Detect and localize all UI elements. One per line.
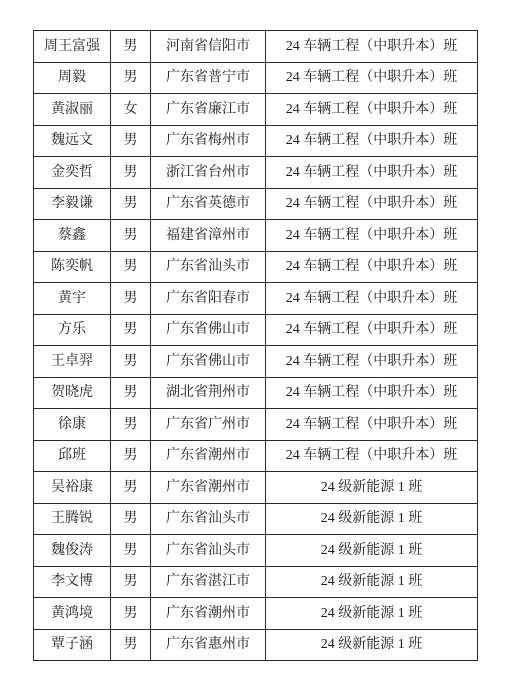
- table-row: 徐康 男 广东省广州市 24 车辆工程（中职升本）班: [34, 409, 478, 441]
- table-row: 方乐 男 广东省佛山市 24 车辆工程（中职升本）班: [34, 314, 478, 346]
- class-name-cell: 24 车辆工程（中职升本）班: [266, 220, 478, 252]
- hometown-cell: 广东省潮州市: [151, 472, 266, 504]
- hometown-cell: 广东省汕头市: [151, 251, 266, 283]
- class-name-cell: 24 车辆工程（中职升本）班: [266, 31, 478, 63]
- student-name-cell: 金奕哲: [34, 157, 111, 189]
- table-row: 吴裕康 男 广东省潮州市 24 级新能源 1 班: [34, 472, 478, 504]
- hometown-cell: 广东省广州市: [151, 409, 266, 441]
- table-row: 魏俊涛 男 广东省汕头市 24 级新能源 1 班: [34, 535, 478, 567]
- gender-cell: 男: [111, 125, 151, 157]
- table-row: 黄宇 男 广东省阳春市 24 车辆工程（中职升本）班: [34, 283, 478, 315]
- gender-cell: 男: [111, 535, 151, 567]
- table-row: 王腾锐 男 广东省汕头市 24 级新能源 1 班: [34, 503, 478, 535]
- gender-cell: 男: [111, 440, 151, 472]
- gender-cell: 男: [111, 629, 151, 661]
- student-name-cell: 黄淑丽: [34, 94, 111, 126]
- hometown-cell: 广东省潮州市: [151, 440, 266, 472]
- gender-cell: 男: [111, 598, 151, 630]
- gender-cell: 女: [111, 94, 151, 126]
- table-row: 金奕哲 男 浙江省台州市 24 车辆工程（中职升本）班: [34, 157, 478, 189]
- gender-cell: 男: [111, 472, 151, 504]
- table-row: 周王富强 男 河南省信阳市 24 车辆工程（中职升本）班: [34, 31, 478, 63]
- class-name-cell: 24 车辆工程（中职升本）班: [266, 283, 478, 315]
- student-name-cell: 周毅: [34, 62, 111, 94]
- hometown-cell: 浙江省台州市: [151, 157, 266, 189]
- student-name-cell: 陈奕帆: [34, 251, 111, 283]
- table-row: 李文博 男 广东省湛江市 24 级新能源 1 班: [34, 566, 478, 598]
- gender-cell: 男: [111, 251, 151, 283]
- table-row: 周毅 男 广东省普宁市 24 车辆工程（中职升本）班: [34, 62, 478, 94]
- gender-cell: 男: [111, 377, 151, 409]
- table-row: 魏远文 男 广东省梅州市 24 车辆工程（中职升本）班: [34, 125, 478, 157]
- student-name-cell: 黄鸿境: [34, 598, 111, 630]
- class-name-cell: 24 级新能源 1 班: [266, 503, 478, 535]
- class-name-cell: 24 车辆工程（中职升本）班: [266, 314, 478, 346]
- student-name-cell: 蔡鑫: [34, 220, 111, 252]
- student-name-cell: 周王富强: [34, 31, 111, 63]
- hometown-cell: 福建省漳州市: [151, 220, 266, 252]
- hometown-cell: 广东省潮州市: [151, 598, 266, 630]
- student-name-cell: 贺晓虎: [34, 377, 111, 409]
- student-name-cell: 方乐: [34, 314, 111, 346]
- class-name-cell: 24 车辆工程（中职升本）班: [266, 125, 478, 157]
- student-name-cell: 李毅谦: [34, 188, 111, 220]
- hometown-cell: 广东省湛江市: [151, 566, 266, 598]
- class-name-cell: 24 级新能源 1 班: [266, 535, 478, 567]
- table-row: 蔡鑫 男 福建省漳州市 24 车辆工程（中职升本）班: [34, 220, 478, 252]
- class-name-cell: 24 级新能源 1 班: [266, 598, 478, 630]
- document-page: 周王富强 男 河南省信阳市 24 车辆工程（中职升本）班 周毅 男 广东省普宁市…: [0, 0, 506, 700]
- hometown-cell: 广东省惠州市: [151, 629, 266, 661]
- gender-cell: 男: [111, 346, 151, 378]
- student-name-cell: 黄宇: [34, 283, 111, 315]
- hometown-cell: 广东省梅州市: [151, 125, 266, 157]
- class-name-cell: 24 车辆工程（中职升本）班: [266, 251, 478, 283]
- gender-cell: 男: [111, 220, 151, 252]
- student-name-cell: 王腾锐: [34, 503, 111, 535]
- student-name-cell: 吴裕康: [34, 472, 111, 504]
- class-name-cell: 24 车辆工程（中职升本）班: [266, 188, 478, 220]
- roster-table-body: 周王富强 男 河南省信阳市 24 车辆工程（中职升本）班 周毅 男 广东省普宁市…: [34, 31, 478, 661]
- student-name-cell: 李文博: [34, 566, 111, 598]
- student-name-cell: 王卓羿: [34, 346, 111, 378]
- hometown-cell: 广东省廉江市: [151, 94, 266, 126]
- student-name-cell: 徐康: [34, 409, 111, 441]
- student-roster-table: 周王富强 男 河南省信阳市 24 车辆工程（中职升本）班 周毅 男 广东省普宁市…: [33, 30, 478, 661]
- table-row: 覃子涵 男 广东省惠州市 24 级新能源 1 班: [34, 629, 478, 661]
- student-name-cell: 魏远文: [34, 125, 111, 157]
- class-name-cell: 24 车辆工程（中职升本）班: [266, 409, 478, 441]
- gender-cell: 男: [111, 566, 151, 598]
- student-name-cell: 覃子涵: [34, 629, 111, 661]
- table-row: 黄鸿境 男 广东省潮州市 24 级新能源 1 班: [34, 598, 478, 630]
- class-name-cell: 24 车辆工程（中职升本）班: [266, 157, 478, 189]
- gender-cell: 男: [111, 188, 151, 220]
- class-name-cell: 24 车辆工程（中职升本）班: [266, 377, 478, 409]
- table-row: 邱班 男 广东省潮州市 24 车辆工程（中职升本）班: [34, 440, 478, 472]
- gender-cell: 男: [111, 31, 151, 63]
- hometown-cell: 广东省英德市: [151, 188, 266, 220]
- gender-cell: 男: [111, 503, 151, 535]
- table-row: 李毅谦 男 广东省英德市 24 车辆工程（中职升本）班: [34, 188, 478, 220]
- class-name-cell: 24 级新能源 1 班: [266, 472, 478, 504]
- table-row: 黄淑丽 女 广东省廉江市 24 车辆工程（中职升本）班: [34, 94, 478, 126]
- gender-cell: 男: [111, 283, 151, 315]
- hometown-cell: 广东省普宁市: [151, 62, 266, 94]
- class-name-cell: 24 车辆工程（中职升本）班: [266, 440, 478, 472]
- hometown-cell: 湖北省荆州市: [151, 377, 266, 409]
- gender-cell: 男: [111, 314, 151, 346]
- hometown-cell: 广东省阳春市: [151, 283, 266, 315]
- student-name-cell: 邱班: [34, 440, 111, 472]
- gender-cell: 男: [111, 157, 151, 189]
- hometown-cell: 广东省佛山市: [151, 346, 266, 378]
- gender-cell: 男: [111, 62, 151, 94]
- table-row: 王卓羿 男 广东省佛山市 24 车辆工程（中职升本）班: [34, 346, 478, 378]
- hometown-cell: 河南省信阳市: [151, 31, 266, 63]
- hometown-cell: 广东省汕头市: [151, 535, 266, 567]
- table-row: 贺晓虎 男 湖北省荆州市 24 车辆工程（中职升本）班: [34, 377, 478, 409]
- table-row: 陈奕帆 男 广东省汕头市 24 车辆工程（中职升本）班: [34, 251, 478, 283]
- student-name-cell: 魏俊涛: [34, 535, 111, 567]
- hometown-cell: 广东省佛山市: [151, 314, 266, 346]
- class-name-cell: 24 级新能源 1 班: [266, 566, 478, 598]
- class-name-cell: 24 车辆工程（中职升本）班: [266, 94, 478, 126]
- class-name-cell: 24 车辆工程（中职升本）班: [266, 62, 478, 94]
- hometown-cell: 广东省汕头市: [151, 503, 266, 535]
- class-name-cell: 24 车辆工程（中职升本）班: [266, 346, 478, 378]
- gender-cell: 男: [111, 409, 151, 441]
- class-name-cell: 24 级新能源 1 班: [266, 629, 478, 661]
